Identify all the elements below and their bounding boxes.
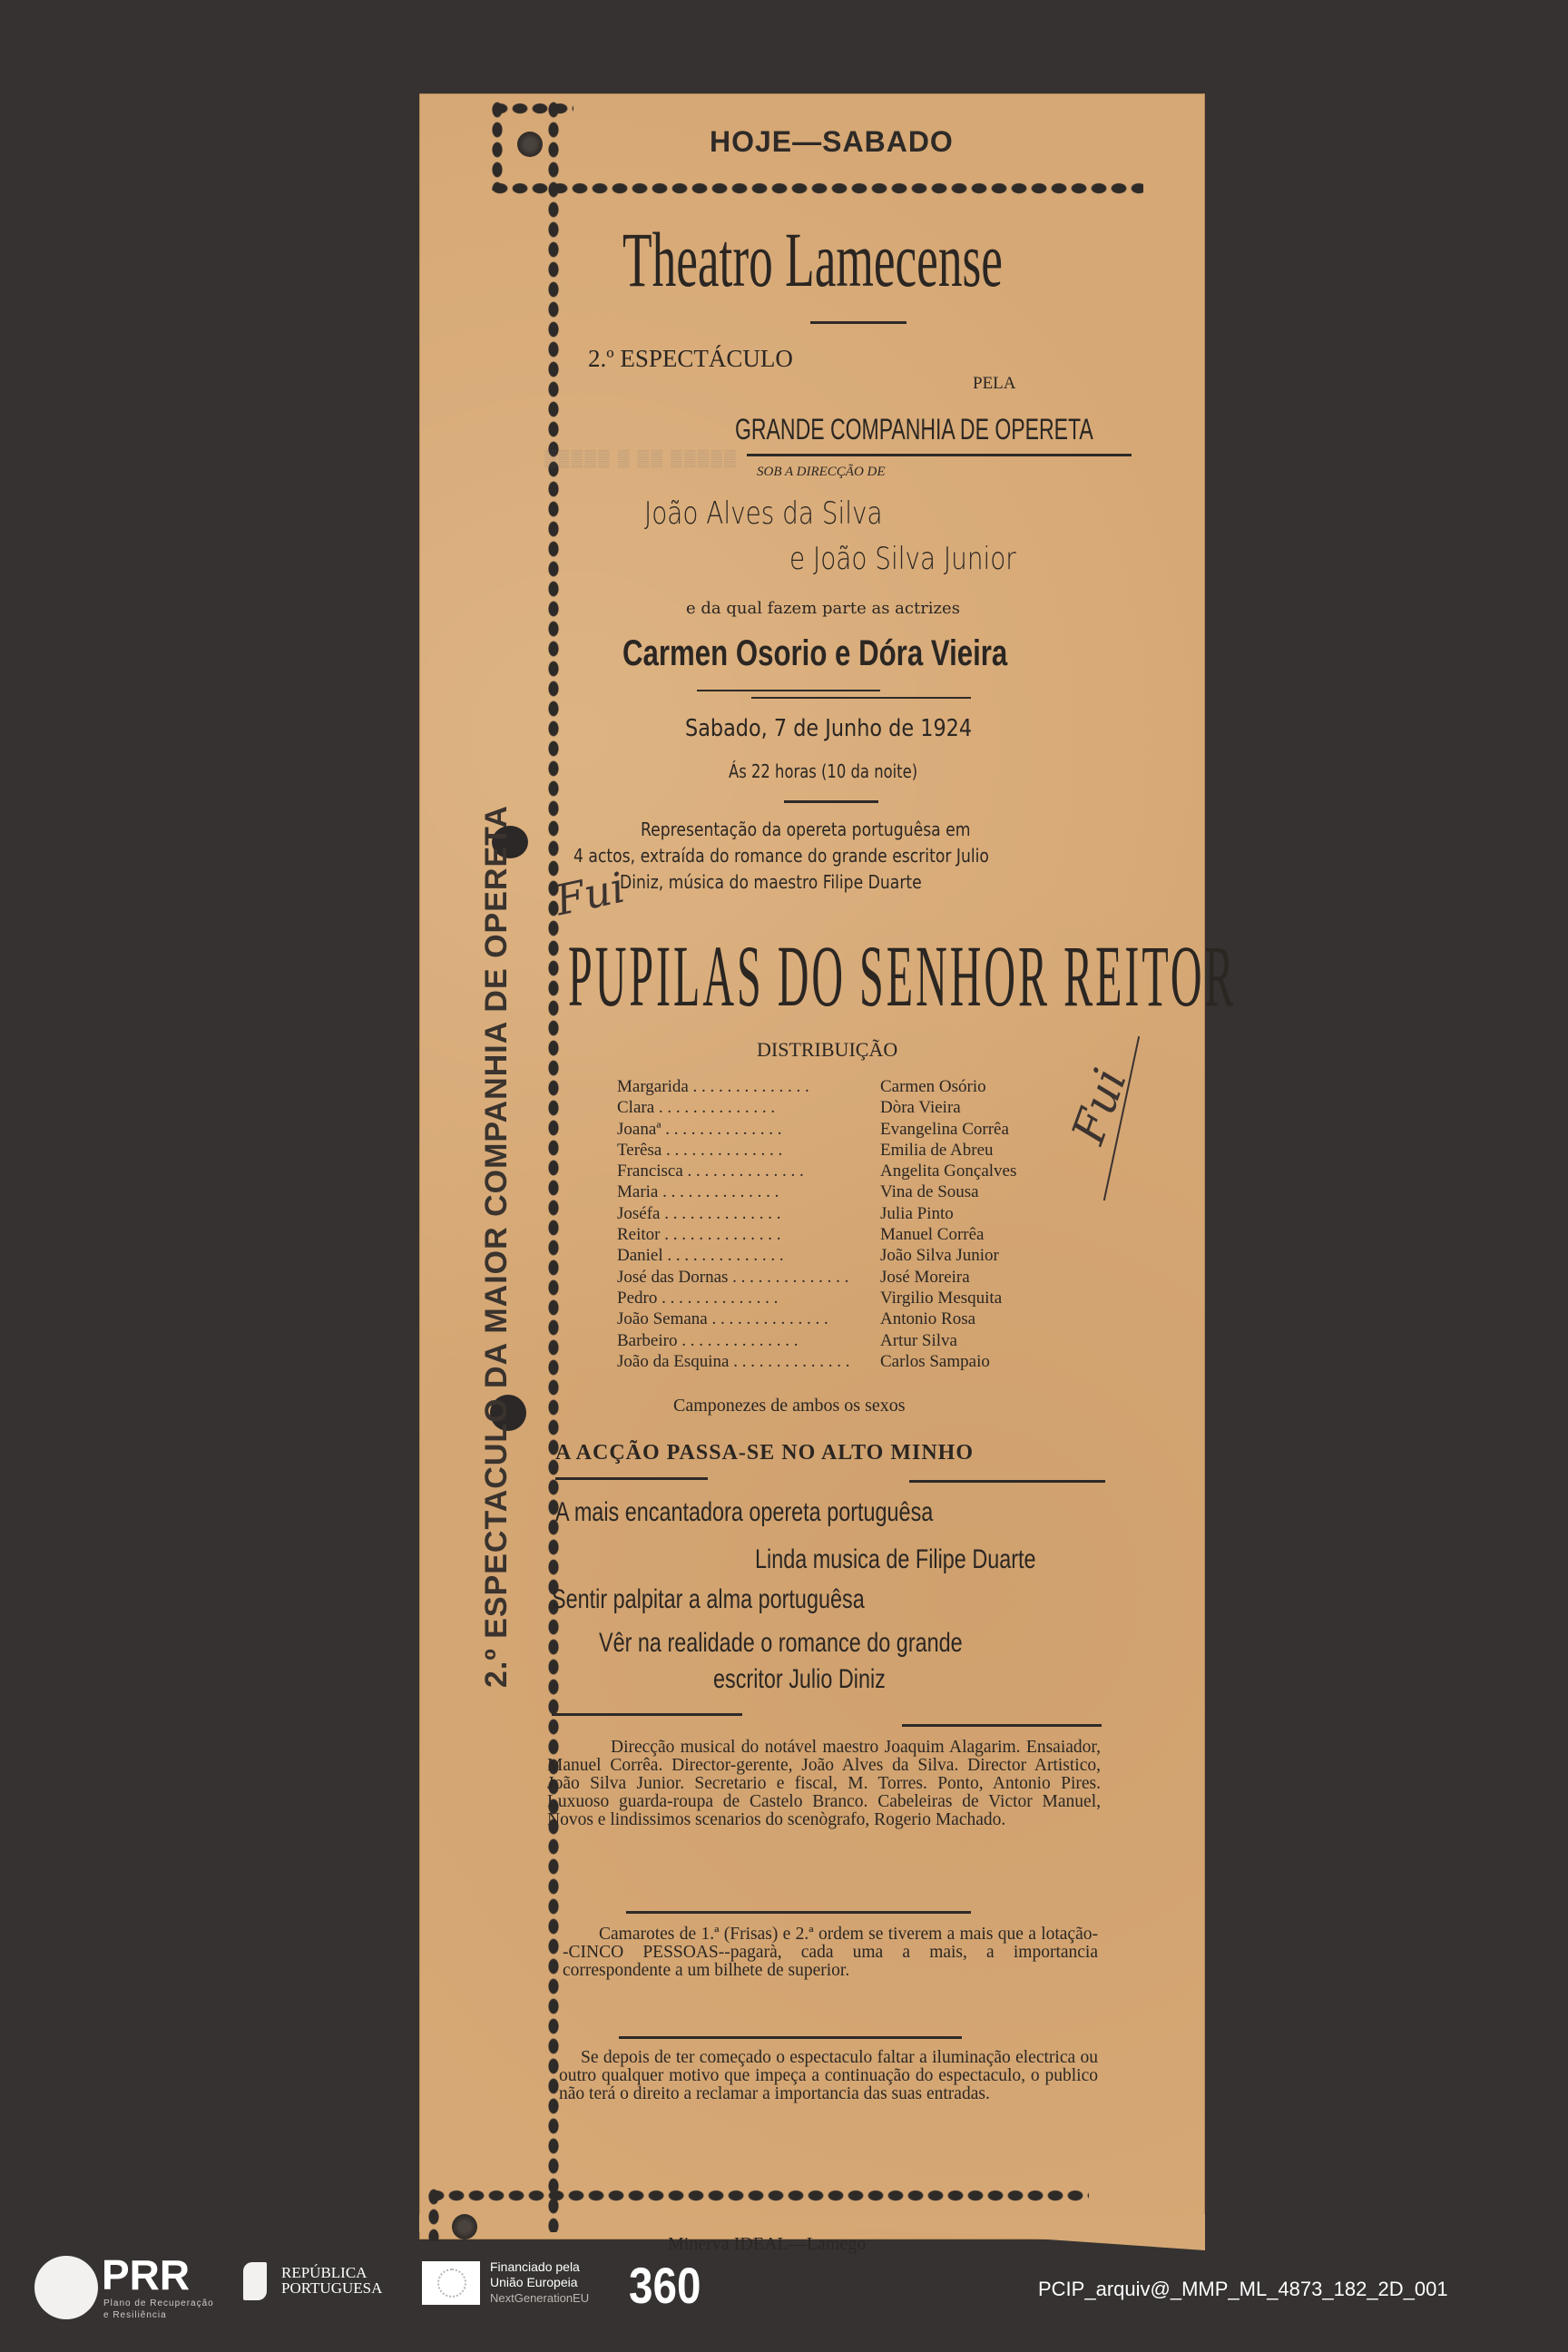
boxes-notice-text: Camarotes de 1.ª (Frisas) e 2.ª ordem se… bbox=[563, 1925, 1098, 1980]
actresses-intro: e da qual fazem parte as actrizes bbox=[686, 599, 960, 618]
cast-row: Joséfa . . . . . . . . . . . . . .Julia … bbox=[617, 1203, 1016, 1224]
company-name: GRANDE COMPANHIA DE OPERETA bbox=[735, 413, 1093, 446]
divider bbox=[747, 454, 1132, 456]
lighting-notice: Se depois de ter começado o espectaculo … bbox=[559, 2049, 1098, 2103]
cast-actor: Julia Pinto bbox=[880, 1203, 954, 1224]
performance-time: Ás 22 horas (10 da noite) bbox=[729, 760, 917, 782]
cast-role: Reitor . . . . . . . . . . . . . . bbox=[617, 1224, 880, 1245]
credits-text: Direcção musical do notável maestro Joaq… bbox=[547, 1738, 1101, 1829]
cast-actor: João Silva Junior bbox=[880, 1245, 999, 1266]
divider bbox=[909, 1480, 1105, 1483]
cast-role: Barbeiro . . . . . . . . . . . . . . bbox=[617, 1330, 880, 1351]
divider bbox=[626, 1911, 971, 1914]
republic-line: REPÚBLICA bbox=[281, 2265, 382, 2280]
cast-row: João da Esquina . . . . . . . . . . . . … bbox=[617, 1351, 1016, 1372]
eu-funding-label: Financiado pela União Europeia NextGener… bbox=[490, 2259, 589, 2306]
republic-line: PORTUGUESA bbox=[281, 2280, 382, 2296]
top-ornament-border bbox=[490, 180, 1143, 194]
side-banner: 2.º ESPECTACULO DA MAIOR COMPANHIA DE OP… bbox=[479, 805, 514, 1688]
cast-row: Barbeiro . . . . . . . . . . . . . .Artu… bbox=[617, 1330, 1016, 1351]
eu-funding-line: União Europeia bbox=[490, 2275, 589, 2290]
cast-actor: Dòra Vieira bbox=[880, 1097, 961, 1118]
cast-heading: DISTRIBUIÇÃO bbox=[757, 1038, 897, 1062]
faded-stamp: ▒▒▒▒▒ ▒ ▒▒ ▒▒▒▒▒ bbox=[544, 449, 738, 468]
slogan-line: Sentir palpitar a alma portuguêsa bbox=[552, 1584, 865, 1615]
cast-role: Daniel . . . . . . . . . . . . . . bbox=[617, 1245, 880, 1266]
description-line: 4 actos, extraída do romance do grande e… bbox=[573, 843, 989, 868]
director-1: João Alves da Silva bbox=[644, 495, 883, 532]
theatre-name: Theatro Lamecense bbox=[622, 214, 1003, 305]
extras-note: Camponezes de ambos os sexos bbox=[673, 1396, 906, 1416]
cast-row: Margarida . . . . . . . . . . . . . .Car… bbox=[617, 1076, 1016, 1097]
top-corner-left-border bbox=[490, 100, 505, 191]
cast-actor: Antonio Rosa bbox=[880, 1308, 975, 1329]
cast-actor: Manuel Corrêa bbox=[880, 1224, 984, 1245]
bottom-ornament-border bbox=[426, 2187, 1089, 2201]
cast-row: Daniel . . . . . . . . . . . . . .João S… bbox=[617, 1245, 1016, 1266]
cast-row: João Semana . . . . . . . . . . . . . .A… bbox=[617, 1308, 1016, 1329]
cast-role: Pedro . . . . . . . . . . . . . . bbox=[617, 1288, 880, 1308]
republica-portuguesa-label: REPÚBLICA PORTUGUESA bbox=[281, 2265, 382, 2296]
divider bbox=[751, 697, 971, 699]
lighting-notice-text: Se depois de ter começado o espectaculo … bbox=[559, 2048, 1098, 2103]
eu-funding-line: NextGenerationEU bbox=[490, 2290, 589, 2306]
cast-row: José das Dornas . . . . . . . . . . . . … bbox=[617, 1267, 1016, 1288]
by-label: PELA bbox=[973, 374, 1016, 394]
top-rosette-ornament bbox=[517, 132, 543, 157]
divider bbox=[697, 690, 880, 691]
slogan-line: Linda musica de Filipe Duarte bbox=[755, 1544, 1036, 1575]
cast-row: Maria . . . . . . . . . . . . . .Vina de… bbox=[617, 1181, 1016, 1202]
cast-actor: José Moreira bbox=[880, 1267, 970, 1288]
boxes-notice: Camarotes de 1.ª (Frisas) e 2.ª ordem se… bbox=[563, 1926, 1098, 1980]
cast-actor: Virgilio Mesquita bbox=[880, 1288, 1002, 1308]
eu-stars-icon bbox=[437, 2269, 466, 2298]
setting-note: A ACÇÃO PASSA-SE NO ALTO MINHO bbox=[555, 1441, 974, 1465]
eu-funding-line: Financiado pela bbox=[490, 2259, 589, 2275]
cast-role: João Semana . . . . . . . . . . . . . . bbox=[617, 1308, 880, 1329]
cast-role: Francisca . . . . . . . . . . . . . . bbox=[617, 1161, 880, 1181]
direction-label: SOB A DIRECÇÃO DE bbox=[757, 465, 886, 480]
lead-actresses: Carmen Osorio e Dóra Vieira bbox=[622, 633, 1007, 674]
divider bbox=[555, 1477, 708, 1480]
prr-logo-icon bbox=[34, 2256, 98, 2319]
slogan-line: escritor Julio Diniz bbox=[713, 1664, 886, 1695]
cast-row: Terêsa . . . . . . . . . . . . . .Emilia… bbox=[617, 1140, 1016, 1161]
credits-paragraph: Direcção musical do notável maestro Joaq… bbox=[547, 1739, 1101, 1829]
printer-imprint: Minerva IDEAL—Lamego bbox=[668, 2234, 866, 2255]
cast-actor: Emilia de Abreu bbox=[880, 1140, 994, 1161]
cast-row: Joanaª . . . . . . . . . . . . . .Evange… bbox=[617, 1119, 1016, 1140]
cast-actor: Vina de Sousa bbox=[880, 1181, 979, 1202]
bottom-rosette-ornament bbox=[452, 2214, 477, 2239]
cast-role: José das Dornas . . . . . . . . . . . . … bbox=[617, 1267, 880, 1288]
divider bbox=[784, 800, 878, 803]
cast-actor: Evangelina Corrêa bbox=[880, 1119, 1009, 1140]
left-ornament-border bbox=[546, 100, 561, 2232]
cast-role: Maria . . . . . . . . . . . . . . bbox=[617, 1181, 880, 1202]
divider bbox=[619, 2036, 962, 2039]
slogan-line: Vêr na realidade o romance do grande bbox=[599, 1628, 963, 1659]
show-number: 2.º ESPECTÁCULO bbox=[588, 345, 793, 373]
archive-identifier: PCIP_arquiv@_MMP_ML_4873_182_2D_001 bbox=[1038, 2278, 1448, 2301]
prr-title: PRR bbox=[102, 2250, 190, 2299]
cast-actor: Carmen Osório bbox=[880, 1076, 986, 1097]
cast-actor: Artur Silva bbox=[880, 1330, 957, 1351]
badge-360: 360 bbox=[629, 2256, 701, 2315]
slogan-line: A mais encantadora opereta portuguêsa bbox=[555, 1497, 933, 1528]
play-title: PUPILAS DO SENHOR REITOR bbox=[568, 926, 1237, 1026]
cast-role: Margarida . . . . . . . . . . . . . . bbox=[617, 1076, 880, 1097]
bottom-corner-left-border bbox=[426, 2187, 441, 2241]
cast-role: Terêsa . . . . . . . . . . . . . . bbox=[617, 1140, 880, 1161]
header-today: HOJE—SABADO bbox=[710, 125, 954, 159]
cast-row: Francisca . . . . . . . . . . . . . .Ang… bbox=[617, 1161, 1016, 1181]
cast-row: Clara . . . . . . . . . . . . . .Dòra Vi… bbox=[617, 1097, 1016, 1118]
cast-row: Pedro . . . . . . . . . . . . . .Virgili… bbox=[617, 1288, 1016, 1308]
divider bbox=[902, 1724, 1102, 1727]
cast-row: Reitor . . . . . . . . . . . . . .Manuel… bbox=[617, 1224, 1016, 1245]
performance-date: Sabado, 7 de Junho de 1924 bbox=[685, 715, 972, 742]
republica-portuguesa-emblem-icon bbox=[243, 2262, 267, 2300]
prr-subtitle-line: Plano de Recuperação bbox=[103, 2298, 214, 2309]
cast-role: Joanaª . . . . . . . . . . . . . . bbox=[617, 1119, 880, 1140]
prr-subtitle: Plano de Recuperação e Resiliência bbox=[103, 2298, 214, 2321]
description-line: Representação da opereta portuguêsa em bbox=[641, 817, 971, 842]
prr-subtitle-line: e Resiliência bbox=[103, 2309, 214, 2321]
divider bbox=[810, 321, 906, 324]
divider bbox=[552, 1713, 742, 1716]
cast-role: Joséfa . . . . . . . . . . . . . . bbox=[617, 1203, 880, 1224]
director-2: e João Silva Junior bbox=[789, 541, 1016, 577]
description-line: Diniz, música do maestro Filipe Duarte bbox=[620, 869, 922, 895]
cast-actor: Angelita Gonçalves bbox=[880, 1161, 1016, 1181]
cast-role: Clara . . . . . . . . . . . . . . bbox=[617, 1097, 880, 1118]
cast-actor: Carlos Sampaio bbox=[880, 1351, 990, 1372]
cast-role: João da Esquina . . . . . . . . . . . . … bbox=[617, 1351, 880, 1372]
cast-list: Margarida . . . . . . . . . . . . . .Car… bbox=[617, 1076, 1016, 1372]
